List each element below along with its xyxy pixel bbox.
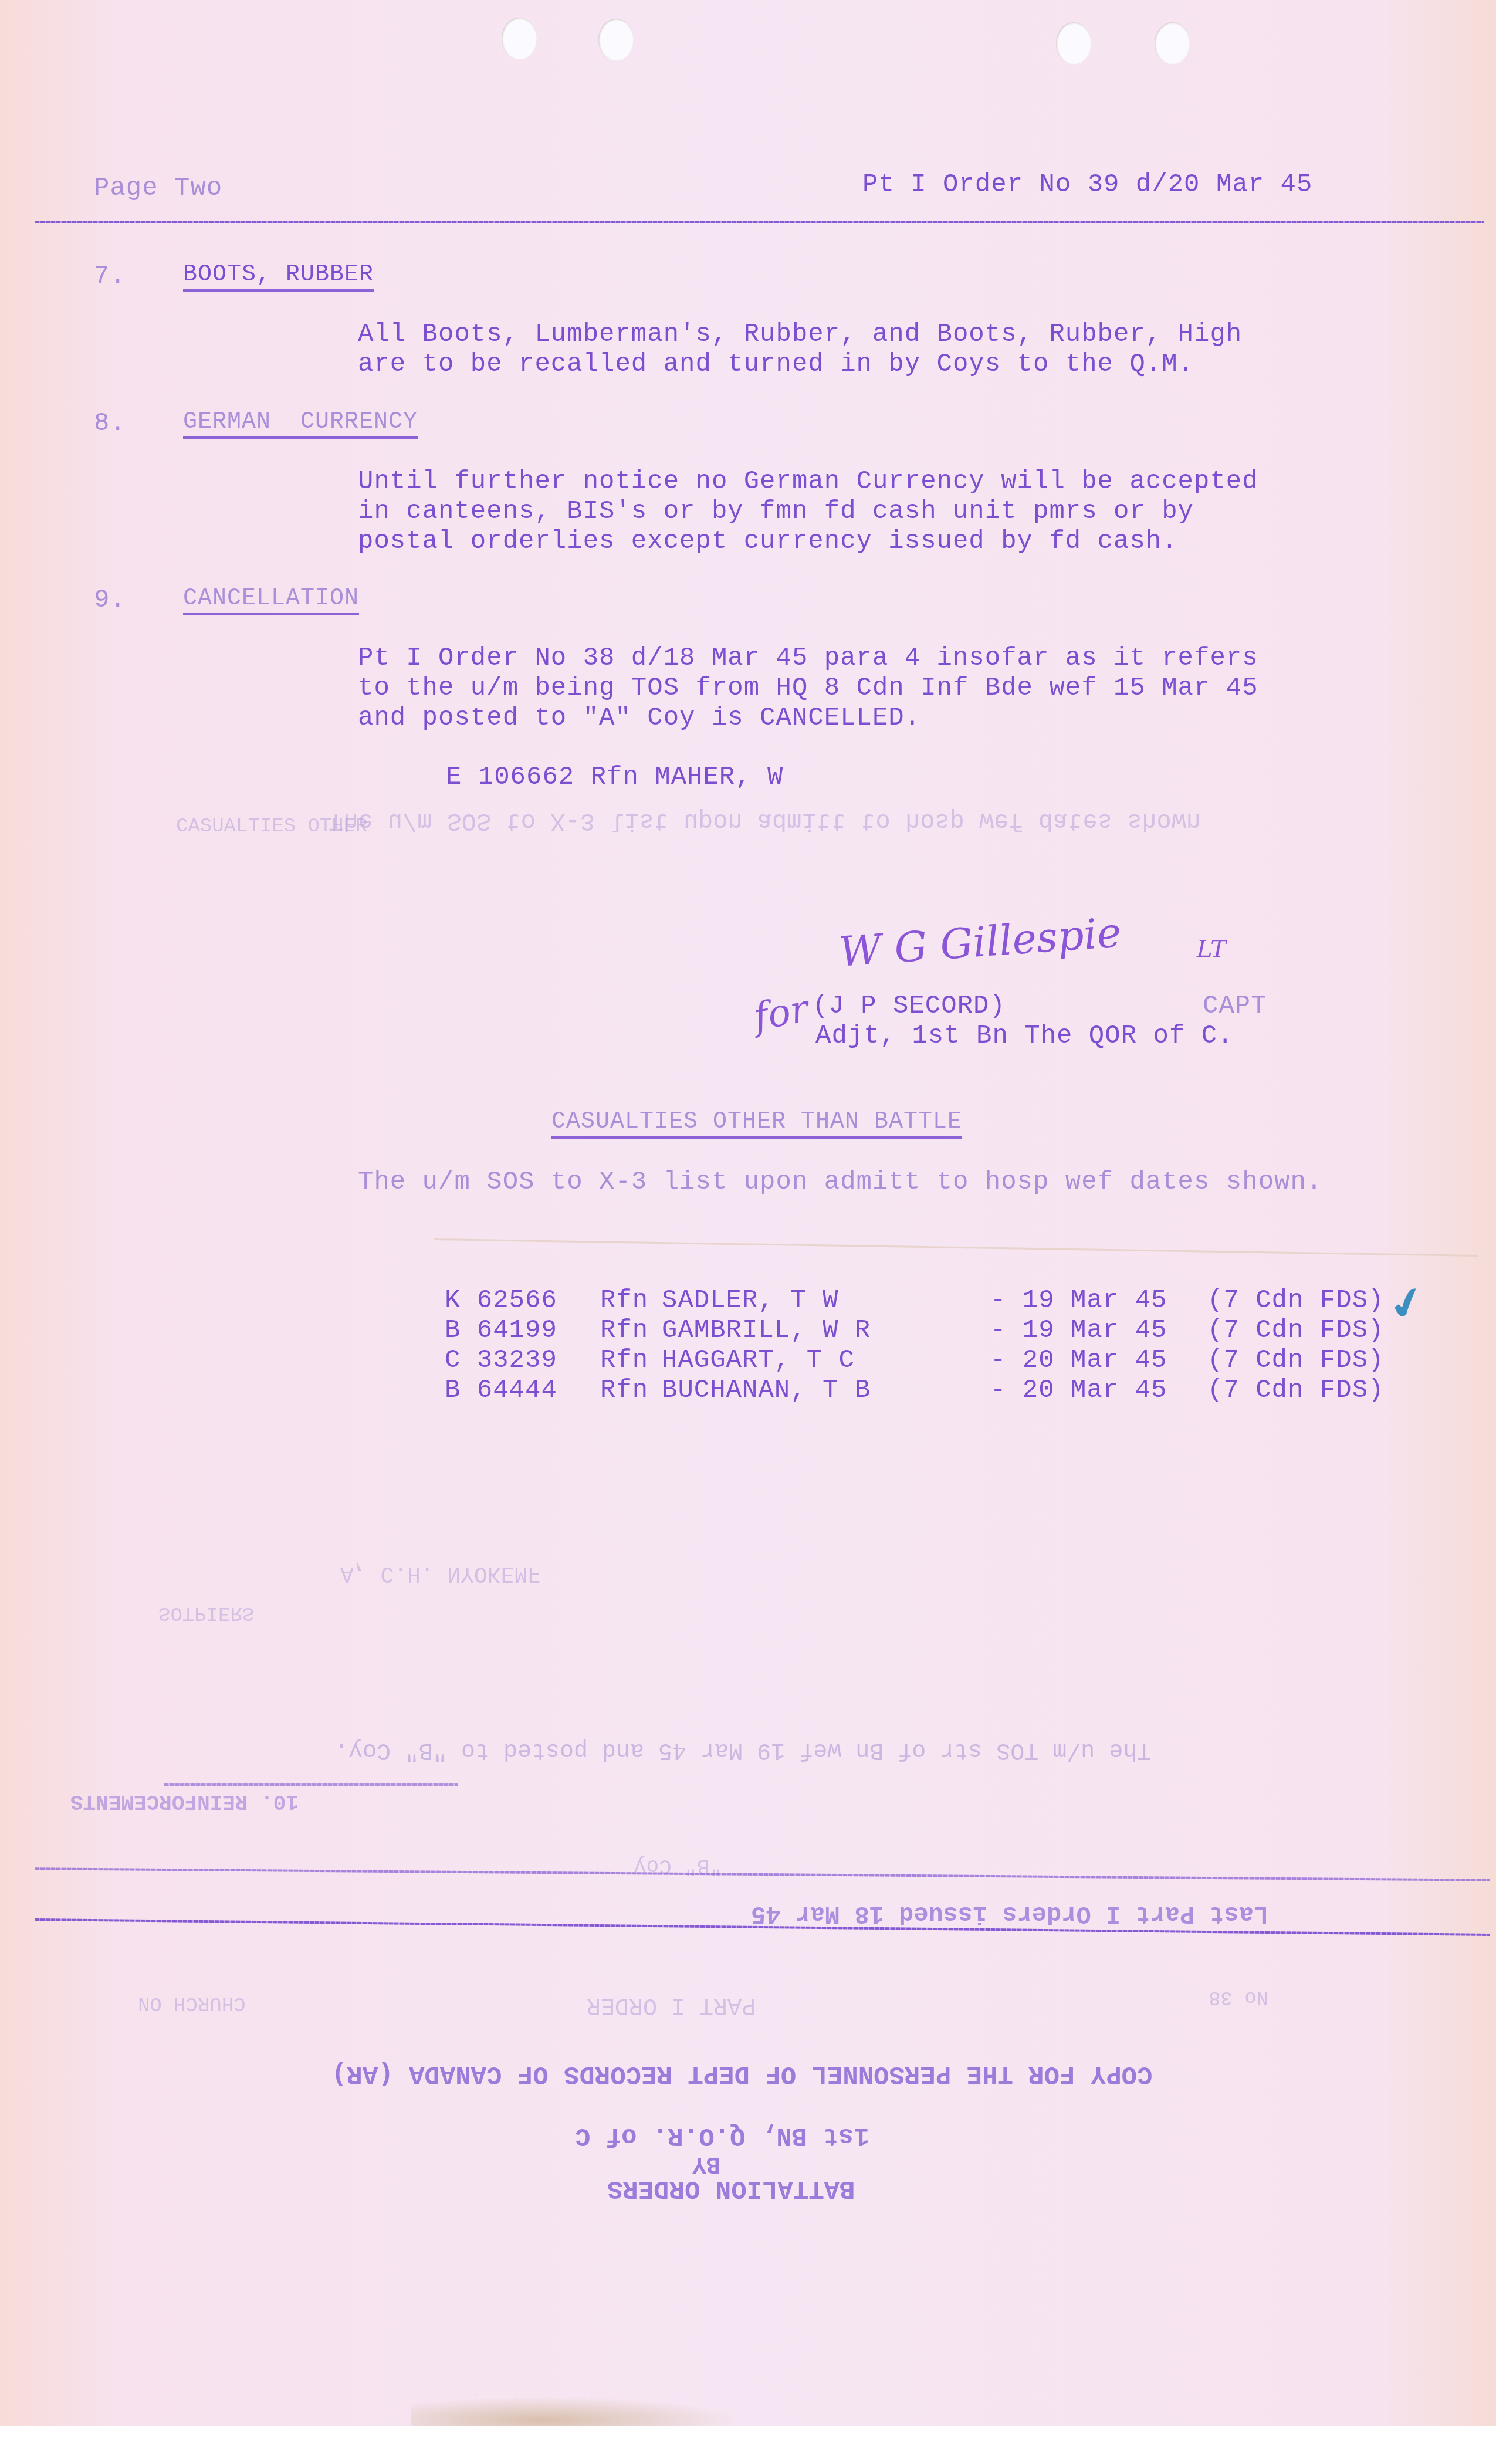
ghost-text: PART I ORDER bbox=[587, 1992, 756, 2018]
section-line: All Boots, Lumberman's, Rubber, and Boot… bbox=[358, 320, 1242, 350]
handwritten-rank: LT bbox=[1197, 936, 1226, 963]
section-line: Until further notice no German Currency … bbox=[358, 467, 1258, 497]
ghost-text: Last Part I Orders issued 18 Mar 45 bbox=[751, 1900, 1268, 1928]
table-row: B 64444 Rfn BUCHANAN, T B - 20 Mar 45 (7… bbox=[445, 1376, 1384, 1406]
table-row: B 64199 Rfn GAMBRILL, W R - 19 Mar 45 (7… bbox=[445, 1316, 1384, 1346]
service-number: C 33239 bbox=[445, 1346, 600, 1376]
rank: Rfn bbox=[600, 1376, 662, 1406]
order-reference: Pt I Order No 39 d/20 Mar 45 bbox=[862, 170, 1312, 200]
header-divider bbox=[35, 221, 1484, 223]
date: - 20 Mar 45 bbox=[990, 1376, 1207, 1406]
name: HAGGART, T C bbox=[662, 1346, 990, 1376]
casualties-table: K 62566 Rfn SADLER, T W - 19 Mar 45 (7 C… bbox=[445, 1226, 1384, 1465]
ghost-text: 1st BN, Q.O.R. of C bbox=[575, 2121, 869, 2150]
rank: Rfn bbox=[600, 1346, 662, 1376]
cancelled-person: E 106662 Rfn MAHER, W bbox=[446, 763, 784, 793]
service-number: K 62566 bbox=[445, 1286, 600, 1316]
paper-stain bbox=[411, 2397, 739, 2426]
unit: (7 Cdn FDS) bbox=[1207, 1316, 1384, 1346]
ghost-text: SOTPIERS bbox=[158, 1602, 254, 1624]
section-line: and posted to "A" Coy is CANCELLED. bbox=[358, 703, 920, 733]
service-number: B 64199 bbox=[445, 1316, 600, 1346]
signatory-appointment: Adjt, 1st Bn The QOR of C. bbox=[815, 1021, 1234, 1051]
table-row: C 33239 Rfn HAGGART, T C - 20 Mar 45 (7 … bbox=[445, 1346, 1384, 1376]
section-line: in canteens, BIS's or by fmn fd cash uni… bbox=[358, 497, 1194, 527]
section-title: BOOTS, RUBBER bbox=[183, 262, 374, 292]
section-line: Pt I Order No 38 d/18 Mar 45 para 4 inso… bbox=[358, 644, 1258, 673]
ghost-text: CHURCH ON bbox=[138, 1992, 246, 2014]
table-row: K 62566 Rfn SADLER, T W - 19 Mar 45 (7 C… bbox=[445, 1286, 1384, 1316]
section-number: 7. bbox=[94, 262, 126, 292]
rank: Rfn bbox=[600, 1316, 662, 1346]
section-title: CANCELLATION bbox=[183, 585, 359, 615]
for-prefix: for bbox=[750, 987, 811, 1040]
name: BUCHANAN, T B bbox=[662, 1376, 990, 1406]
ghost-text: CASUALTIES OTHER bbox=[176, 815, 367, 838]
unit: (7 Cdn FDS) bbox=[1207, 1286, 1384, 1316]
ghost-text: BATTALION ORDERS bbox=[607, 2174, 855, 2203]
service-number: B 64444 bbox=[445, 1376, 600, 1406]
section-line: postal orderlies except currency issued … bbox=[358, 527, 1178, 557]
ghost-underline bbox=[164, 1783, 458, 1786]
handwritten-signature: W G Gillespie bbox=[838, 908, 1123, 976]
rank: Rfn bbox=[600, 1286, 662, 1316]
ghost-text: The u/m SOS to X-3 list upon admitt to h… bbox=[329, 807, 1201, 835]
date: - 19 Mar 45 bbox=[990, 1316, 1207, 1346]
ghost-divider bbox=[35, 1867, 1490, 1881]
page-label: Page Two bbox=[94, 174, 222, 204]
signatory-name: (J P SECORD) bbox=[813, 991, 1006, 1021]
signatory-rank: CAPT bbox=[1203, 991, 1267, 1021]
check-mark-icon: ✔ bbox=[1382, 1275, 1431, 1333]
name: GAMBRILL, W R bbox=[662, 1316, 990, 1346]
unit: (7 Cdn FDS) bbox=[1207, 1346, 1384, 1376]
section-line: to the u/m being TOS from HQ 8 Cdn Inf B… bbox=[358, 673, 1258, 703]
ghost-text: A, C.H. NYOKEMF bbox=[340, 1561, 541, 1586]
section-title: GERMAN CURRENCY bbox=[183, 409, 418, 439]
date: - 19 Mar 45 bbox=[990, 1286, 1207, 1316]
section-line: are to be recalled and turned in by Coys… bbox=[358, 350, 1194, 380]
punch-hole bbox=[502, 18, 537, 60]
punch-hole bbox=[1155, 22, 1190, 65]
name: SADLER, T W bbox=[662, 1286, 990, 1316]
punch-hole bbox=[598, 19, 634, 61]
ghost-text: No 38 bbox=[1209, 1986, 1268, 2008]
ghost-text: BY bbox=[692, 2150, 720, 2177]
ghost-text: The u/m TOS str of Bn wef 19 Mar 45 and … bbox=[334, 1737, 1151, 1763]
section-number: 9. bbox=[94, 585, 126, 615]
ghost-text: COPY FOR THE PERSONNEL OF DEPT RECORDS O… bbox=[331, 2059, 1152, 2089]
casualties-title: CASUALTIES OTHER THAN BATTLE bbox=[551, 1109, 962, 1139]
unit: (7 Cdn FDS) bbox=[1207, 1376, 1384, 1406]
section-number: 8. bbox=[94, 409, 126, 439]
document-page: Page Two Pt I Order No 39 d/20 Mar 45 7.… bbox=[0, 0, 1496, 2426]
date: - 20 Mar 45 bbox=[990, 1346, 1207, 1376]
ghost-text: 10. REINFORCEMENTS bbox=[70, 1789, 299, 1813]
punch-hole bbox=[1056, 22, 1091, 65]
casualties-intro: The u/m SOS to X-3 list upon admitt to h… bbox=[358, 1167, 1322, 1197]
